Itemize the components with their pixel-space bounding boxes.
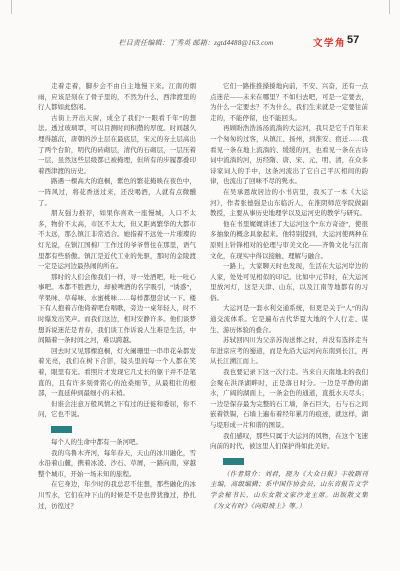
author-bio: （作者简介：刘君，现为《大众日报》丰收副刊主编，高级编辑；系中国作协会员，山东省… xyxy=(210,470,368,512)
right-column: 它们一路推推搡搡地向前，不安、兴奋，还有一点点迷茫——未来在哪里？不如归去吧，可… xyxy=(210,82,368,512)
paragraph: 朋友强力推荐，如果你喜欢一座慢城，人口不太多，物价不太高，市区不太大，但又距离繁… xyxy=(38,209,196,273)
section-label: 文学角 xyxy=(313,35,346,49)
paragraph: 在它身边，年少时的我总忍不住想，那些融化的冰川雪水，它们在冲下山的时候是不是也曾… xyxy=(38,480,196,512)
paragraph: 在吴承恩故居边的小书店里，我买了一本《大运河》，作者张德强是山东临沂人，在淮阴师… xyxy=(210,188,368,220)
essay-part-1: 走着走着，脚步会不由自主地慢下来。江南的烟雨，应该是刻在了骨子里的，不然为什么，… xyxy=(38,82,196,421)
paragraph: 走着走着，脚步会不由自主地慢下来。江南的烟雨，应该是刻在了骨子里的，不然为什么，… xyxy=(38,82,196,114)
article-body: 走着走着，脚步会不由自主地慢下来。江南的烟雨，应该是刻在了骨子里的，不然为什么，… xyxy=(38,82,368,512)
left-column: 走着走着，脚步会不由自主地慢下来。江南的烟雨，应该是刻在了骨子里的，不然为什么，… xyxy=(38,82,196,512)
paragraph: 古街上开出天窗，成全了我们“一眼看千年”的想法。透过玻璃罩，可以目测时间积攒的厚… xyxy=(38,114,196,178)
paragraph: 我的乌鲁木齐河，每年春天，天山的冰川融化，雪水沿着山麓，携着冰凌、沙石、草屑，一… xyxy=(38,449,196,481)
paragraph: 大运河是一套水利交通系统，但更是关于“人”的沟通交流体系。它是遍布古代华夏大地的… xyxy=(210,304,368,336)
paragraph: 我也要记录下这一次行走。当来自天南地北的我们会聚在洪泽湖畔时，正是落日时分。一边… xyxy=(210,368,368,432)
page-number: 57 xyxy=(347,34,359,46)
crop-mark-left xyxy=(11,0,12,14)
section-divider-icon xyxy=(223,458,244,465)
paragraph: 回去时又见那棵泡桐，灯火阑珊里一串串花朵都发着光亮，我们在树下合影，镜头里的每一… xyxy=(38,347,196,400)
paragraph: 但谁会注意万般风情之下有过的迁徙和委屈，你不问，它也不说。 xyxy=(38,400,196,421)
paragraph: 他在书里娓娓讲述了大运河这个“东方奇迹”，使很多抽象的概念具象起来。他特别提到，… xyxy=(210,220,368,262)
paragraph: 苏轼回四川为父亲苏洵送葬之时，并没有选择走当年进京应考的蜀道，而是先沿大运河向东… xyxy=(210,336,368,368)
essay-part-3: 它们一路推推搡搡地向前，不安、兴奋，还有一点点迷茫——未来在哪里？不如归去吧，可… xyxy=(210,82,368,453)
section-divider-icon xyxy=(51,426,72,433)
paragraph: 它们一路推推搡搡地向前，不安、兴奋，还有一点点迷茫——未来在哪里？不如归去吧，可… xyxy=(210,82,368,124)
crop-mark-right xyxy=(389,0,390,14)
paragraph: 再顾盼浩浩汤汤流淌的大运河，我只是它千百年来一个匆匆的过客，从镇江、扬州，到淮安… xyxy=(210,124,368,188)
magazine-page: 栏目责任编辑：丁秀英 邮箱：zgtd4488@163.com 文学角 57 走着… xyxy=(0,0,400,571)
paragraph: 路遇一棵高大的泡桐，紫色的繁花掩映在夜色中，一阵风过，将花香送过来，还没喝酒，人… xyxy=(38,177,196,209)
paragraph: 那时的人们会像我们一样，寻一处酒吧，吐一吐心事吧。本都不胜酒力，却被啤酒的名字吸… xyxy=(38,273,196,347)
paragraph: 一路上，大家聊天时也发现，生活在大运河岸边的人家，处处可见相似的印记。比如中元节… xyxy=(210,262,368,304)
essay-part-2: 每个人的生命中都有一条河吧。我的乌鲁木齐河，每年春天，天山的冰川融化，雪水沿着山… xyxy=(38,438,196,512)
paragraph: 每个人的生命中都有一条河吧。 xyxy=(38,438,196,449)
paragraph: 我们感叹，那些只属于大运河的风物，在这个飞速向前的时代，被这里人们保护得如此美好… xyxy=(210,432,368,453)
